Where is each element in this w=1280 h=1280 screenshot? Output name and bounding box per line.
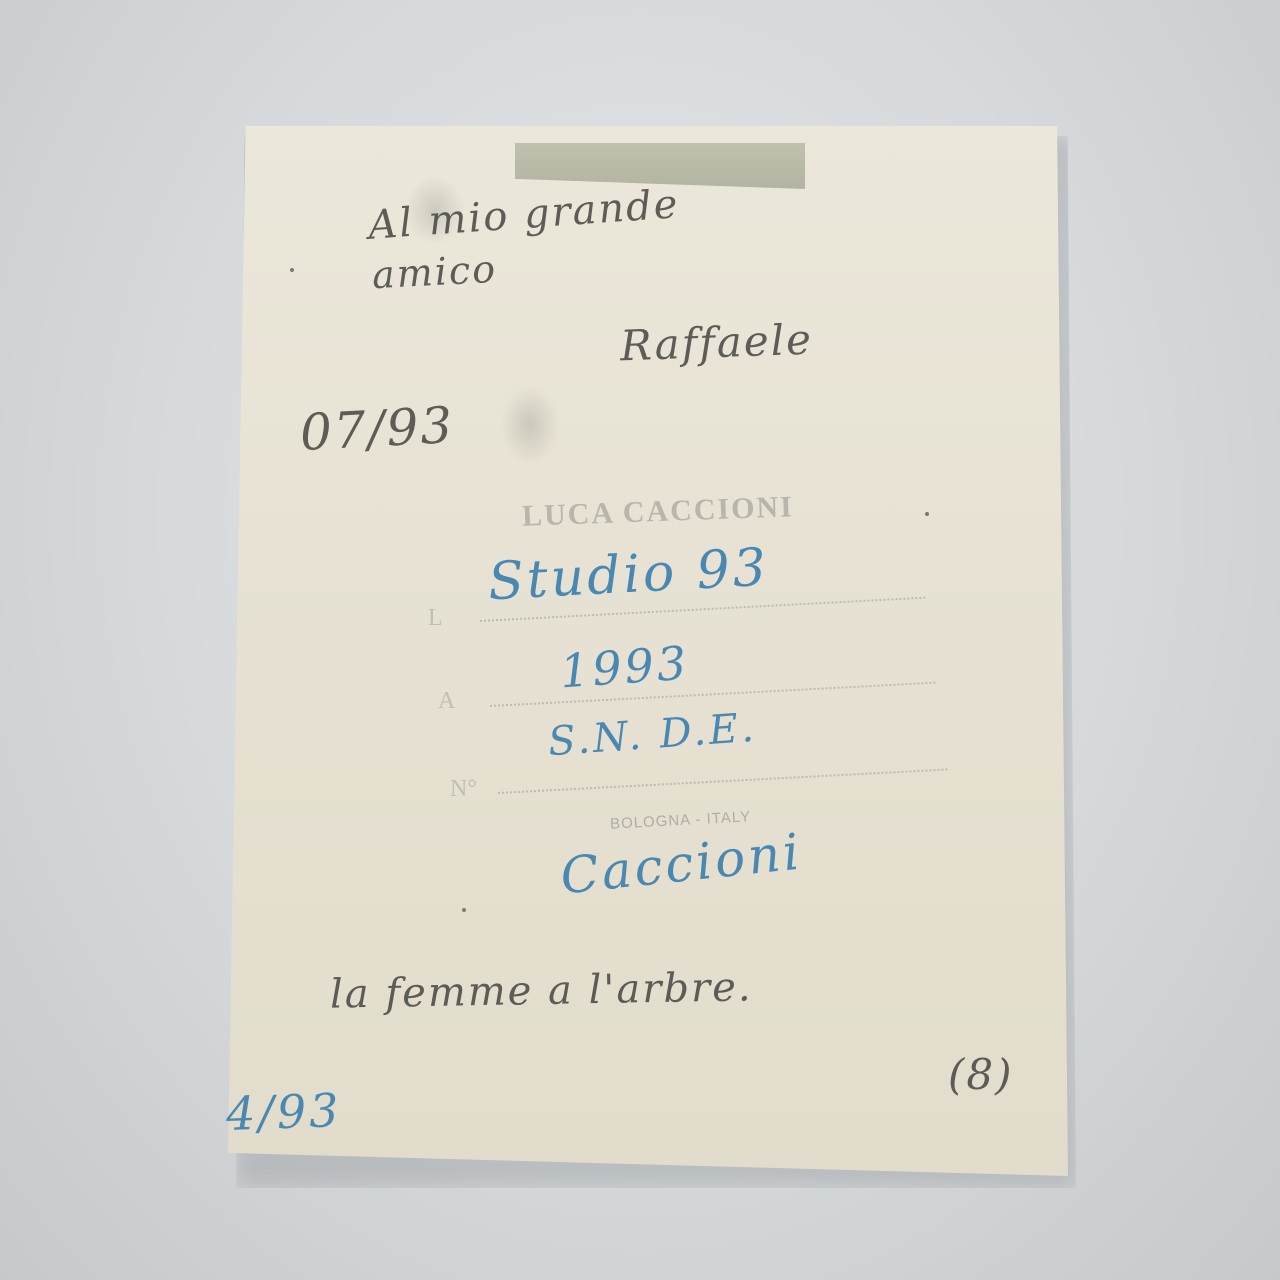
speck: [290, 268, 294, 272]
stamp-label-title: L: [428, 605, 443, 632]
pencil-title: la femme a l'arbre.: [330, 964, 753, 1017]
speck: [462, 908, 466, 912]
dedication-signature: Raffaele: [619, 315, 813, 371]
dedication-line-2: amico: [371, 247, 498, 297]
ink-year: 1993: [558, 636, 691, 699]
stamp-label-year: A: [438, 688, 455, 715]
ink-corner-date: 4/93: [225, 1083, 342, 1141]
stamp-label-number: N°: [450, 776, 477, 803]
speck: [925, 512, 929, 516]
photo-scene: Al mio grande amico Raffaele 07/93 LUCA …: [0, 0, 1280, 1280]
pencil-smudge: [500, 385, 560, 465]
pencil-number: (8): [948, 1050, 1014, 1099]
pencil-date: 07/93: [299, 396, 456, 462]
